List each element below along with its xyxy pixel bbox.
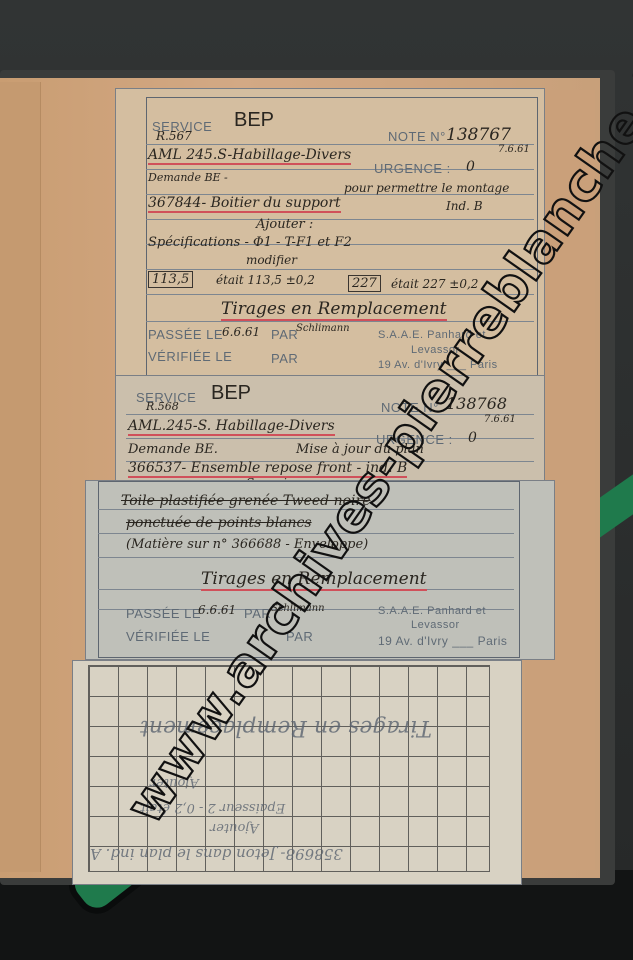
ref: R.568 [146, 400, 179, 413]
note-date: 7.6.61 [484, 414, 516, 425]
ind: Ind. B [446, 199, 483, 213]
par-label: PAR [271, 327, 298, 342]
value1-was: était 113,5 ±0,2 [216, 273, 315, 287]
note-number: 138767 [446, 125, 511, 145]
value2-box: 227 [348, 275, 381, 292]
verifiee-label: VÉRIFIÉE LE [126, 629, 210, 644]
value2-was: était 227 ±0,2 [391, 277, 478, 291]
part-line: 367844- Boitier du support [148, 195, 341, 213]
note-date: 7.6.61 [498, 144, 530, 155]
company-line2: Levassor [411, 619, 460, 631]
verifiee-label: VÉRIFIÉE LE [148, 349, 232, 364]
service-value: BEP [211, 382, 251, 405]
spec: Spécifications - Φ1 - T-F1 et F2 [148, 235, 352, 250]
struck-line-2: ponctuée de points blancs [126, 515, 312, 531]
urgence-value: 0 [468, 430, 477, 446]
passee-label: PASSÉE LE [126, 606, 201, 621]
passee-date: 6.6.61 [198, 603, 236, 617]
vehicle-line: AML 245.S-Habillage-Divers [148, 147, 351, 165]
company-line3: 19 Av. d'Ivry ___ Paris [378, 634, 507, 648]
passee-par: Schlimann [296, 323, 350, 334]
ref: R.567 [156, 129, 192, 143]
value1-box: 113,5 [148, 271, 193, 288]
company-line1: S.A.A.E. Panhard et [378, 605, 486, 617]
note-label: NOTE N° [388, 129, 446, 144]
urgence-label: URGENCE : [374, 161, 451, 176]
folder-left-flap [0, 82, 41, 872]
modifier: modifier [246, 253, 297, 267]
purpose: pour permettre le montage [344, 181, 509, 195]
passee-label: PASSÉE LE [148, 327, 223, 342]
vehicle-line: AML.245-S. Habillage-Divers [128, 418, 335, 436]
service-value: BEP [234, 109, 274, 132]
demande: Demande BE - [148, 171, 228, 184]
urgence-value: 0 [466, 159, 475, 175]
mirrored-line-3: Ajouter [210, 820, 259, 835]
demande: Demande BE. [128, 442, 218, 457]
footer-title: Tirages en Remplacement [221, 299, 447, 321]
passee-date: 6.6.61 [222, 325, 260, 339]
mirrored-line-4: 358698- Jeton dans le plan ind. A [90, 845, 343, 863]
action: Ajouter : [256, 217, 313, 232]
note-card-138768: SERVICE BEP R.568 NOTE N° 138768 7.6.61 … [115, 375, 545, 490]
par-label-2: PAR [271, 351, 298, 366]
